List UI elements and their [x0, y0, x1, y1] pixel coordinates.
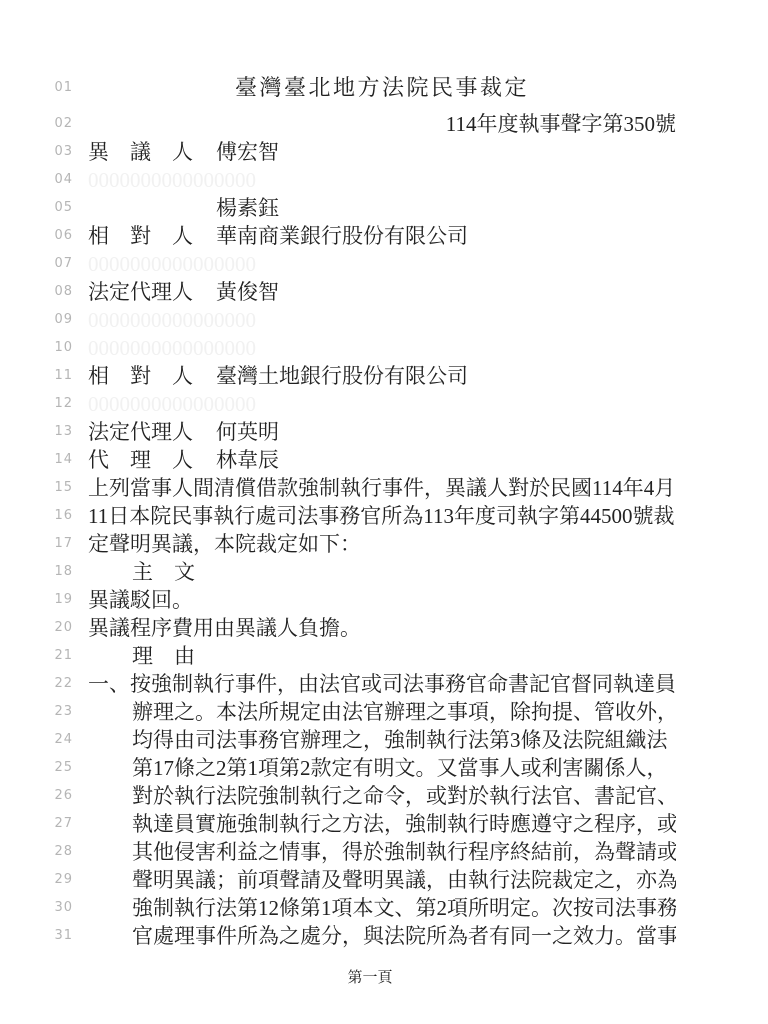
party-name: 楊素鈺 — [216, 196, 279, 220]
redacted-text: 0000000000000000 — [88, 390, 676, 418]
document-line-05: 05楊素鈺 — [0, 194, 676, 222]
line-number: 24 — [0, 726, 73, 754]
body-text-indented: 執達員實施強制執行之方法，強制執行時應遵守之程序，或 — [88, 810, 676, 838]
redacted-text: 0000000000000000 — [88, 166, 676, 194]
body-text: 上列當事人間清償借款強制執行事件，異議人對於民國114年4月 — [88, 474, 676, 502]
body-text: 一、按強制執行事件，由法官或司法事務官命書記官督同執達員 — [88, 670, 676, 698]
body-text-indented: 聲明異議；前項聲請及聲明異議，由執行法院裁定之，亦為 — [88, 866, 676, 894]
redacted-text: 0000000000000000 — [88, 334, 676, 362]
line-number: 02 — [0, 110, 73, 138]
line-number: 17 — [0, 530, 73, 558]
party-row: 法定代理人黃俊智 — [88, 278, 676, 306]
body-text-indented: 官處理事件所為之處分，與法院所為者有同一之效力。當事 — [88, 922, 676, 950]
party-row: 楊素鈺 — [88, 194, 676, 222]
document-line-24: 24均得由司法事務官辦理之，強制執行法第3條及法院組織法 — [0, 726, 676, 754]
document-line-22: 22一、按強制執行事件，由法官或司法事務官命書記官督同執達員 — [0, 670, 676, 698]
document-line-18: 18主 文 — [0, 558, 676, 586]
line-number: 30 — [0, 894, 73, 922]
document-line-21: 21理 由 — [0, 642, 676, 670]
line-number: 20 — [0, 614, 73, 642]
party-role-label: 法定代理人 — [88, 278, 196, 306]
line-number: 15 — [0, 474, 73, 502]
line-number: 14 — [0, 446, 73, 474]
party-name: 何英明 — [216, 420, 279, 444]
document-line-14: 14代 理 人林韋辰 — [0, 446, 676, 474]
line-number: 04 — [0, 166, 73, 194]
body-text: 異議駁回。 — [88, 586, 676, 614]
document-line-19: 19異議駁回。 — [0, 586, 676, 614]
party-role-label: 相 對 人 — [88, 222, 196, 250]
body-text-indented: 第17條之2第1項第2款定有明文。又當事人或利害關係人， — [88, 754, 676, 782]
document-line-08: 08法定代理人黃俊智 — [0, 278, 676, 306]
document-line-13: 13法定代理人何英明 — [0, 418, 676, 446]
document-line-27: 27執達員實施強制執行之方法，強制執行時應遵守之程序，或 — [0, 810, 676, 838]
line-number: 06 — [0, 222, 73, 250]
line-number: 13 — [0, 418, 73, 446]
line-number: 07 — [0, 250, 73, 278]
document-line-28: 28其他侵害利益之情事，得於強制執行程序終結前，為聲請或 — [0, 838, 676, 866]
body-text: 定聲明異議，本院裁定如下： — [88, 530, 676, 558]
document-line-30: 30強制執行法第12條第1項本文、第2項所明定。次按司法事務 — [0, 894, 676, 922]
body-text-indented: 辦理之。本法所規定由法官辦理之事項，除拘提、管收外， — [88, 698, 676, 726]
document-line-02: 02114年度執事聲字第350號 — [0, 110, 676, 138]
document-body: 01臺灣臺北地方法院民事裁定02114年度執事聲字第350號03異 議 人傅宏智… — [0, 70, 676, 950]
line-number: 10 — [0, 334, 73, 362]
page-footer: 第一頁 — [0, 968, 676, 988]
party-name: 華南商業銀行股份有限公司 — [216, 224, 468, 248]
document-line-06: 06相 對 人華南商業銀行股份有限公司 — [0, 222, 676, 250]
document-line-15: 15上列當事人間清償借款強制執行事件，異議人對於民國114年4月 — [0, 474, 676, 502]
line-number: 12 — [0, 390, 73, 418]
party-row: 相 對 人臺灣土地銀行股份有限公司 — [88, 362, 676, 390]
body-text-indented: 強制執行法第12條第1項本文、第2項所明定。次按司法事務 — [88, 894, 676, 922]
line-number: 16 — [0, 502, 73, 530]
line-number: 01 — [0, 70, 73, 106]
line-number: 22 — [0, 670, 73, 698]
party-name: 臺灣土地銀行股份有限公司 — [216, 364, 468, 388]
redacted-text: 0000000000000000 — [88, 250, 676, 278]
line-number: 27 — [0, 810, 73, 838]
party-name: 林韋辰 — [216, 448, 279, 472]
document-line-04: 040000000000000000 — [0, 166, 676, 194]
party-row: 法定代理人何英明 — [88, 418, 676, 446]
body-text-indented: 其他侵害利益之情事，得於強制執行程序終結前，為聲請或 — [88, 838, 676, 866]
document-line-09: 090000000000000000 — [0, 306, 676, 334]
document-line-17: 17定聲明異議，本院裁定如下： — [0, 530, 676, 558]
party-role-label: 代 理 人 — [88, 446, 196, 474]
party-row: 相 對 人華南商業銀行股份有限公司 — [88, 222, 676, 250]
document-line-03: 03異 議 人傅宏智 — [0, 138, 676, 166]
document-line-12: 120000000000000000 — [0, 390, 676, 418]
document-line-16: 1611日本院民事執行處司法事務官所為113年度司執字第44500號裁 — [0, 502, 676, 530]
section-heading: 理 由 — [88, 642, 676, 670]
line-number: 08 — [0, 278, 73, 306]
document-line-11: 11相 對 人臺灣土地銀行股份有限公司 — [0, 362, 676, 390]
party-row: 異 議 人傅宏智 — [88, 138, 676, 166]
document-line-01: 01臺灣臺北地方法院民事裁定 — [0, 70, 676, 106]
body-text-indented: 均得由司法事務官辦理之，強制執行法第3條及法院組織法 — [88, 726, 676, 754]
court-document-page: 01臺灣臺北地方法院民事裁定02114年度執事聲字第350號03異 議 人傅宏智… — [0, 0, 768, 1024]
document-title: 臺灣臺北地方法院民事裁定 — [88, 70, 676, 106]
document-line-26: 26對於執行法院強制執行之命令，或對於執行法官、書記官、 — [0, 782, 676, 810]
line-number: 21 — [0, 642, 73, 670]
party-role-label: 法定代理人 — [88, 418, 196, 446]
document-line-23: 23辦理之。本法所規定由法官辦理之事項，除拘提、管收外， — [0, 698, 676, 726]
body-text: 異議程序費用由異議人負擔。 — [88, 614, 676, 642]
document-line-20: 20異議程序費用由異議人負擔。 — [0, 614, 676, 642]
line-number: 26 — [0, 782, 73, 810]
party-role-label: 異 議 人 — [88, 138, 196, 166]
document-line-07: 070000000000000000 — [0, 250, 676, 278]
line-number: 29 — [0, 866, 73, 894]
party-role-label: 相 對 人 — [88, 362, 196, 390]
document-line-25: 25第17條之2第1項第2款定有明文。又當事人或利害關係人， — [0, 754, 676, 782]
party-row: 代 理 人林韋辰 — [88, 446, 676, 474]
line-number: 28 — [0, 838, 73, 866]
line-number: 25 — [0, 754, 73, 782]
line-number: 11 — [0, 362, 73, 390]
document-line-29: 29聲明異議；前項聲請及聲明異議，由執行法院裁定之，亦為 — [0, 866, 676, 894]
line-number: 09 — [0, 306, 73, 334]
case-number: 114年度執事聲字第350號 — [88, 110, 676, 138]
document-line-31: 31官處理事件所為之處分，與法院所為者有同一之效力。當事 — [0, 922, 676, 950]
line-number: 05 — [0, 194, 73, 222]
line-number: 19 — [0, 586, 73, 614]
page-number: 第一頁 — [347, 970, 392, 986]
document-line-10: 100000000000000000 — [0, 334, 676, 362]
body-text-indented: 對於執行法院強制執行之命令，或對於執行法官、書記官、 — [88, 782, 676, 810]
line-number: 23 — [0, 698, 73, 726]
section-heading: 主 文 — [88, 558, 676, 586]
redacted-text: 0000000000000000 — [88, 306, 676, 334]
line-number: 31 — [0, 922, 73, 950]
line-number: 03 — [0, 138, 73, 166]
body-text: 11日本院民事執行處司法事務官所為113年度司執字第44500號裁 — [88, 502, 676, 530]
party-name: 傅宏智 — [216, 140, 279, 164]
party-name: 黃俊智 — [216, 280, 279, 304]
line-number: 18 — [0, 558, 73, 586]
